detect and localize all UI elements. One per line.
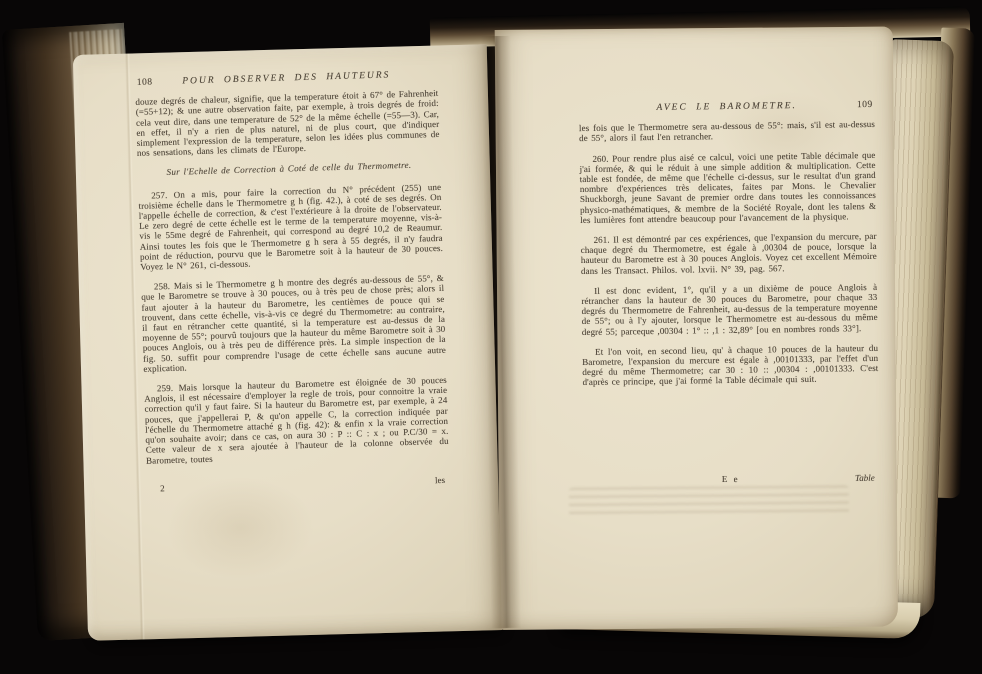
paragraph-evident: Il est donc evident, 1°, qu'il y a un di… <box>581 282 878 337</box>
left-running-header: 108 POUR OBSERVER DES HAUTEURS <box>135 69 438 88</box>
left-page-footer: 2 les <box>146 475 449 484</box>
catchword: les <box>435 475 445 485</box>
paper-stain <box>158 471 321 585</box>
signature-mark: 2 <box>160 483 165 493</box>
ink-bleedthrough <box>569 485 849 517</box>
paragraph-258: 258. Mais si le Thermometre g h montre d… <box>141 273 447 374</box>
catchword: Table <box>855 473 875 483</box>
paragraph-260: 260. Pour rendre plus aisé ce calcul, vo… <box>579 150 876 226</box>
left-page-number: 108 <box>137 77 153 88</box>
section-heading: Sur l'Echelle de Correction à Coté de ce… <box>137 159 440 178</box>
paragraph-continuation: les fois que le Thermometre sera au-dess… <box>579 119 875 144</box>
right-page-number: 109 <box>857 100 873 110</box>
right-page-footer: E e Table <box>583 473 879 476</box>
left-page: 108 POUR OBSERVER DES HAUTEURS douze deg… <box>73 44 502 641</box>
paragraph-261: 261. Il est démontré par ces expériences… <box>580 231 877 276</box>
paragraph-second-lieu: Et l'on voit, en second lieu, qu' à chaq… <box>582 343 879 388</box>
left-running-header-title: POUR OBSERVER DES HAUTEURS <box>182 70 390 86</box>
paragraph-continuation: douze degrés de chaleur, signifie, que l… <box>135 88 440 158</box>
paragraph-257: 257. On a mis, pour faire la correction … <box>138 182 443 273</box>
right-running-header: AVEC LE BAROMETRE. 109 <box>579 100 875 114</box>
left-page-text-block: 108 POUR OBSERVER DES HAUTEURS douze deg… <box>135 69 450 476</box>
right-page-text-block: AVEC LE BAROMETRE. 109 les fois que le T… <box>579 100 879 398</box>
right-page: AVEC LE BAROMETRE. 109 les fois que le T… <box>495 27 898 630</box>
signature-mark: E e <box>722 474 740 484</box>
paragraph-259: 259. Mais lorsque la hauteur du Barometr… <box>144 375 449 466</box>
book-photograph: 108 POUR OBSERVER DES HAUTEURS douze deg… <box>0 0 982 674</box>
right-running-header-title: AVEC LE BAROMETRE. <box>656 101 796 113</box>
